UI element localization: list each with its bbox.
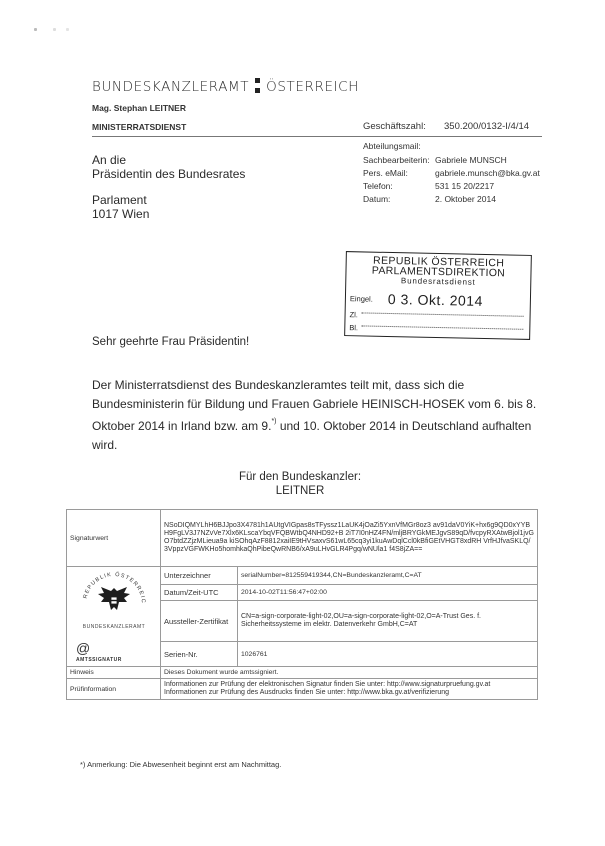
reference-number-label: Geschäftszahl: (363, 121, 444, 132)
signature-row-hinweis: Hinweis Dieses Dokument wurde amtssignie… (67, 667, 538, 679)
meta-label: Abteilungsmail: (363, 141, 435, 151)
scan-artifact (34, 28, 37, 31)
meta-abteilungsmail: Abteilungsmail: (363, 141, 435, 151)
signatory-name: LEITNER (230, 484, 370, 498)
hinweis-label: Hinweis (67, 667, 161, 679)
meta-value: 531 15 20/2217 (435, 181, 494, 191)
amtssignatur-mark: @ AMTSSIGNATUR (70, 640, 157, 663)
signaturwert-value: NSoDIQMYLhH6BJJpo3X4781h1AUtgVIGpas8sTFy… (161, 510, 538, 567)
header-divider (92, 136, 542, 137)
stamp-bl-line (361, 325, 523, 329)
stamp-zl-label: Zl. (349, 310, 358, 319)
letterhead-logo: BUNDESKANZLERAMTÖSTERREICH (92, 78, 359, 95)
closing-block: Für den Bundeskanzler: LEITNER (230, 470, 370, 498)
logo-separator-icon (255, 78, 260, 93)
meta-sachbearbeiterin: Sachbearbeiterin:Gabriele MUNSCH (363, 155, 507, 165)
meta-telefon: Telefon:531 15 20/2217 (363, 181, 494, 191)
amtssignatur-label: AMTSSIGNATUR (76, 657, 122, 663)
footnote: *) Anmerkung: Die Abwesenheit beginnt er… (80, 760, 281, 769)
aussteller-label: Aussteller-Zertifikat (161, 601, 238, 642)
reference-number: Geschäftszahl:350.200/0132-I/4/14 (363, 121, 529, 132)
amtssignatur-logo-cell: REPUBLIK ÖSTERREICH BUNDESKANZLERAMT @ A… (67, 567, 161, 667)
meta-label: Datum: (363, 194, 435, 204)
meta-label: Telefon: (363, 181, 435, 191)
salutation: Sehr geehrte Frau Präsidentin! (92, 336, 249, 348)
signature-table: Signaturwert NSoDIQMYLhH6BJJpo3X4781h1AU… (66, 509, 538, 700)
meta-value: Gabriele MUNSCH (435, 155, 507, 165)
reference-number-value: 350.200/0132-I/4/14 (444, 121, 529, 132)
recipient-line: Parlament (92, 193, 245, 207)
signature-row-signaturwert: Signaturwert NSoDIQMYLhH6BJJpo3X4781h1AU… (67, 510, 538, 567)
pruefinformation-line: Informationen zur Prüfung der elektronis… (164, 681, 534, 689)
org-name-right: ÖSTERREICH (266, 79, 359, 95)
signature-row-unterzeichner: REPUBLIK ÖSTERREICH BUNDESKANZLERAMT @ A… (67, 567, 538, 585)
hinweis-value: Dieses Dokument wurde amtssigniert. (161, 667, 538, 679)
stamp-zl-line (362, 312, 524, 316)
closing-line: Für den Bundeskanzler: (230, 470, 370, 484)
pruefinformation-line: Informationen zur Prüfung des Ausdrucks … (164, 689, 534, 697)
org-name-left: BUNDESKANZLERAMT (92, 79, 249, 95)
meta-datum: Datum:2. Oktober 2014 (363, 194, 496, 204)
unterzeichner-value: serialNumber=812559419344,CN=Bundeskanzl… (238, 567, 538, 585)
austrian-eagle-crest-icon: REPUBLIK ÖSTERREICH BUNDESKANZLERAMT (74, 570, 154, 632)
scan-artifact (66, 28, 69, 31)
pruefinformation-value: Informationen zur Prüfung der elektronis… (161, 679, 538, 700)
recipient-line: An die (92, 153, 245, 167)
footnote-marker: *) (271, 418, 276, 425)
svg-text:BUNDESKANZLERAMT: BUNDESKANZLERAMT (82, 624, 144, 630)
letter-body: Der Ministerratsdienst des Bundeskanzler… (92, 376, 552, 455)
meta-label: Sachbearbeiterin: (363, 155, 435, 165)
received-stamp: REPUBLIK ÖSTERREICH PARLAMENTSDIREKTION … (344, 251, 532, 340)
datum-zeit-label: Datum/Zeit-UTC (161, 585, 238, 601)
meta-value: gabriele.munsch@bka.gv.at (435, 168, 540, 178)
sender-department: MINISTERRATSDIENST (92, 122, 186, 132)
scan-artifact (53, 28, 56, 31)
recipient-line: Präsidentin des Bundesrates (92, 167, 245, 181)
aussteller-value: CN=a-sign-corporate-light-02,OU=a-sign-c… (238, 601, 538, 642)
datum-zeit-value: 2014-10-02T11:56:47+02:00 (238, 585, 538, 601)
signature-row-pruefinformation: Prüfinformation Informationen zur Prüfun… (67, 679, 538, 700)
serien-nr-label: Serien-Nr. (161, 642, 238, 667)
stamp-bl-label: Bl. (349, 323, 358, 332)
signaturwert-label: Signaturwert (67, 510, 161, 567)
recipient-line: 1017 Wien (92, 207, 245, 221)
serien-nr-value: 1026761 (238, 642, 538, 667)
unterzeichner-label: Unterzeichner (161, 567, 238, 585)
meta-email: Pers. eMail:gabriele.munsch@bka.gv.at (363, 168, 540, 178)
stamp-received-label: Eingel. (350, 294, 373, 303)
meta-label: Pers. eMail: (363, 168, 435, 178)
sender-name: Mag. Stephan LEITNER (92, 103, 186, 113)
at-sign-icon: @ (76, 640, 90, 656)
pruefinformation-label: Prüfinformation (67, 679, 161, 700)
meta-value: 2. Oktober 2014 (435, 194, 496, 204)
stamp-received-date: 0 3. Okt. 2014 (388, 291, 483, 309)
recipient-address-block: An die Präsidentin des Bundesrates Parla… (92, 153, 245, 221)
